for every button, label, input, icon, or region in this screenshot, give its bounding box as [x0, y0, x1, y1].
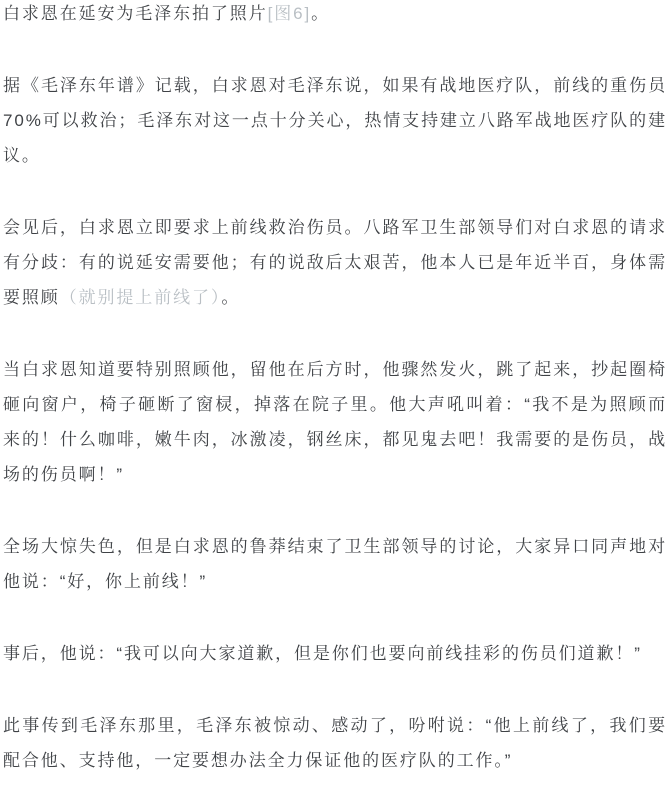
article-body: 白求恩在延安为毛泽东拍了照片[图6]。据《毛泽东年谱》记载，白求恩对毛泽东说，如…: [0, 0, 670, 778]
text-run: 。: [221, 288, 240, 307]
text-run: 据《毛泽东年谱》记载，白求恩对毛泽东说，如果有战地医疗队，前线的重伤员70%可以…: [3, 76, 667, 165]
paragraph: 当白求恩知道要特别照顾他，留他在后方时，他骤然发火，跳了起来，抄起圈椅砸向窗户，…: [3, 352, 667, 492]
text-run: 全场大惊失色，但是白求恩的鲁莽结束了卫生部领导的讨论，大家异口同声地对他说：“好…: [3, 537, 667, 591]
paragraph: 白求恩在延安为毛泽东拍了照片[图6]。: [3, 0, 667, 31]
paragraph: 事后，他说：“我可以向大家道歉，但是你们也要向前线挂彩的伤员们道歉！”: [3, 636, 667, 671]
paragraph: 全场大惊失色，但是白求恩的鲁莽结束了卫生部领导的讨论，大家异口同声地对他说：“好…: [3, 529, 667, 599]
aside-note: （就别提上前线了）: [60, 288, 222, 307]
text-run: 白求恩在延安为毛泽东拍了照片: [3, 4, 268, 23]
text-run: 此事传到毛泽东那里，毛泽东被惊动、感动了，吩咐说：“他上前线了，我们要配合他、支…: [3, 716, 667, 770]
paragraph-list: 白求恩在延安为毛泽东拍了照片[图6]。据《毛泽东年谱》记载，白求恩对毛泽东说，如…: [3, 0, 667, 778]
figure-reference: [图6]: [268, 4, 312, 23]
paragraph: 会见后，白求恩立即要求上前线救治伤员。八路军卫生部领导们对白求恩的请求有分歧：有…: [3, 210, 667, 315]
paragraph: 据《毛泽东年谱》记载，白求恩对毛泽东说，如果有战地医疗队，前线的重伤员70%可以…: [3, 68, 667, 173]
paragraph: 此事传到毛泽东那里，毛泽东被惊动、感动了，吩咐说：“他上前线了，我们要配合他、支…: [3, 708, 667, 778]
text-run: 。: [311, 4, 330, 23]
text-run: 事后，他说：“我可以向大家道歉，但是你们也要向前线挂彩的伤员们道歉！”: [3, 644, 642, 663]
text-run: 当白求恩知道要特别照顾他，留他在后方时，他骤然发火，跳了起来，抄起圈椅砸向窗户，…: [3, 360, 667, 484]
